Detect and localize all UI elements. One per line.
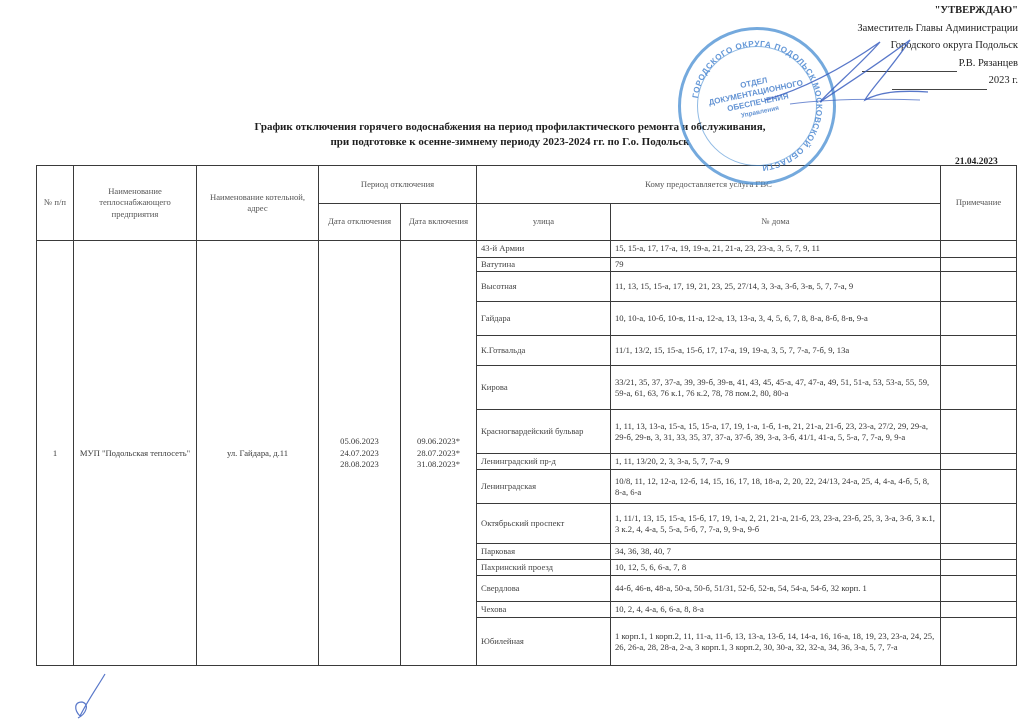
date-off-1: 05.06.2023 [323, 436, 396, 447]
note-cell [941, 470, 1017, 504]
signature-line [862, 59, 957, 72]
header-date-on: Дата включения [401, 204, 477, 241]
note-cell [941, 258, 1017, 272]
note-cell [941, 366, 1017, 410]
date-on-3: 31.08.2023* [405, 459, 472, 470]
approval-position: Заместитель Главы Администрации [718, 20, 1018, 38]
note-cell [941, 618, 1017, 666]
street-cell: Высотная [477, 272, 611, 302]
initials-signature [60, 672, 120, 720]
street-cell: Свердлова [477, 576, 611, 602]
header-period: Период отключения [319, 166, 477, 204]
note-cell [941, 576, 1017, 602]
houses-cell: 1 корп.1, 1 корп.2, 11, 11-а, 11-б, 13, … [611, 618, 941, 666]
houses-cell: 10/8, 11, 12, 12-а, 12-б, 14, 15, 16, 17… [611, 470, 941, 504]
approval-year: 2023 г. [989, 75, 1018, 86]
street-cell: 43-й Армии [477, 241, 611, 258]
street-cell: К.Готвальда [477, 336, 611, 366]
houses-cell: 10, 12, 5, 6, 6-а, 7, 8 [611, 560, 941, 576]
note-cell [941, 410, 1017, 454]
note-cell [941, 454, 1017, 470]
header-boiler: Наименование котельной, адрес [197, 166, 319, 241]
houses-cell: 1, 11, 13/20, 2, 3, 3-а, 5, 7, 7-а, 9 [611, 454, 941, 470]
approval-organization: Городского округа Подольск [718, 37, 1018, 55]
approval-signer-line: Р.В. Рязанцев [718, 55, 1018, 73]
note-cell [941, 602, 1017, 618]
entry-boiler: ул. Гайдара, д.11 [197, 241, 319, 666]
header-date-off: Дата отключения [319, 204, 401, 241]
street-cell: Чехова [477, 602, 611, 618]
entry-enterprise: МУП "Подольская теплосеть" [74, 241, 197, 666]
header-enterprise: Наименование теплоснабжающего предприяти… [74, 166, 197, 241]
houses-cell: 11, 13, 15, 15-а, 17, 19, 21, 23, 25, 27… [611, 272, 941, 302]
entry-num: 1 [37, 241, 74, 666]
approval-heading: "УТВЕРЖДАЮ" [718, 2, 1018, 20]
street-cell: Ватутина [477, 258, 611, 272]
title-line-2: при подготовке к осенне-зимнему периоду … [200, 135, 820, 150]
approval-block: "УТВЕРЖДАЮ" Заместитель Главы Администра… [718, 2, 1018, 90]
title-line-1: График отключения горячего водоснабжения… [200, 120, 820, 135]
header-houses: № дома [611, 204, 941, 241]
street-cell: Октябрьский проспект [477, 504, 611, 544]
date-on-2: 28.07.2023* [405, 448, 472, 459]
header-note: Примечание [941, 166, 1017, 241]
houses-cell: 1, 11/1, 13, 15, 15-а, 15-б, 17, 19, 1-а… [611, 504, 941, 544]
houses-cell: 79 [611, 258, 941, 272]
street-cell: Парковая [477, 544, 611, 560]
houses-cell: 34, 36, 38, 40, 7 [611, 544, 941, 560]
note-cell [941, 544, 1017, 560]
street-cell: Ленинградский пр-д [477, 454, 611, 470]
date-off-3: 28.08.2023 [323, 459, 396, 470]
houses-cell: 10, 2, 4, 4-а, 6, 6-а, 8, 8-а [611, 602, 941, 618]
note-cell [941, 272, 1017, 302]
header-num: № п/п [37, 166, 74, 241]
date-line [892, 77, 987, 90]
street-cell: Гайдара [477, 302, 611, 336]
date-on-1: 09.06.2023* [405, 436, 472, 447]
note-cell [941, 560, 1017, 576]
houses-cell: 11/1, 13/2, 15, 15-а, 15-б, 17, 17-а, 19… [611, 336, 941, 366]
street-cell: Кирова [477, 366, 611, 410]
houses-cell: 10, 10-а, 10-б, 10-в, 11-а, 12-а, 13, 13… [611, 302, 941, 336]
houses-cell: 15, 15-а, 17, 17-а, 19, 19-а, 21, 21-а, … [611, 241, 941, 258]
date-off-2: 24.07.2023 [323, 448, 396, 459]
schedule-table: № п/п Наименование теплоснабжающего пред… [36, 165, 1017, 666]
note-cell [941, 336, 1017, 366]
approval-year-line: 2023 г. [718, 72, 1018, 90]
street-cell: Пахринский проезд [477, 560, 611, 576]
approval-signer: Р.В. Рязанцев [959, 58, 1018, 69]
document-title: График отключения горячего водоснабжения… [200, 120, 820, 150]
note-cell [941, 241, 1017, 258]
entry-dates-off: 05.06.2023 24.07.2023 28.08.2023 [319, 241, 401, 666]
table-row: 1 МУП "Подольская теплосеть" ул. Гайдара… [37, 241, 1017, 258]
street-cell: Ленинградская [477, 470, 611, 504]
note-cell [941, 302, 1017, 336]
entry-dates-on: 09.06.2023* 28.07.2023* 31.08.2023* [401, 241, 477, 666]
street-cell: Красногвардейский бульвар [477, 410, 611, 454]
houses-cell: 44-б, 46-в, 48-а, 50-а, 50-б, 51/31, 52-… [611, 576, 941, 602]
header-street: улица [477, 204, 611, 241]
houses-cell: 1, 11, 13, 13-а, 15-а, 15, 15-а, 17, 19,… [611, 410, 941, 454]
header-service: Кому предоставляется услуга ГВС [477, 166, 941, 204]
note-cell [941, 504, 1017, 544]
street-cell: Юбилейная [477, 618, 611, 666]
houses-cell: 33/21, 35, 37, 37-а, 39, 39-б, 39-в, 41,… [611, 366, 941, 410]
